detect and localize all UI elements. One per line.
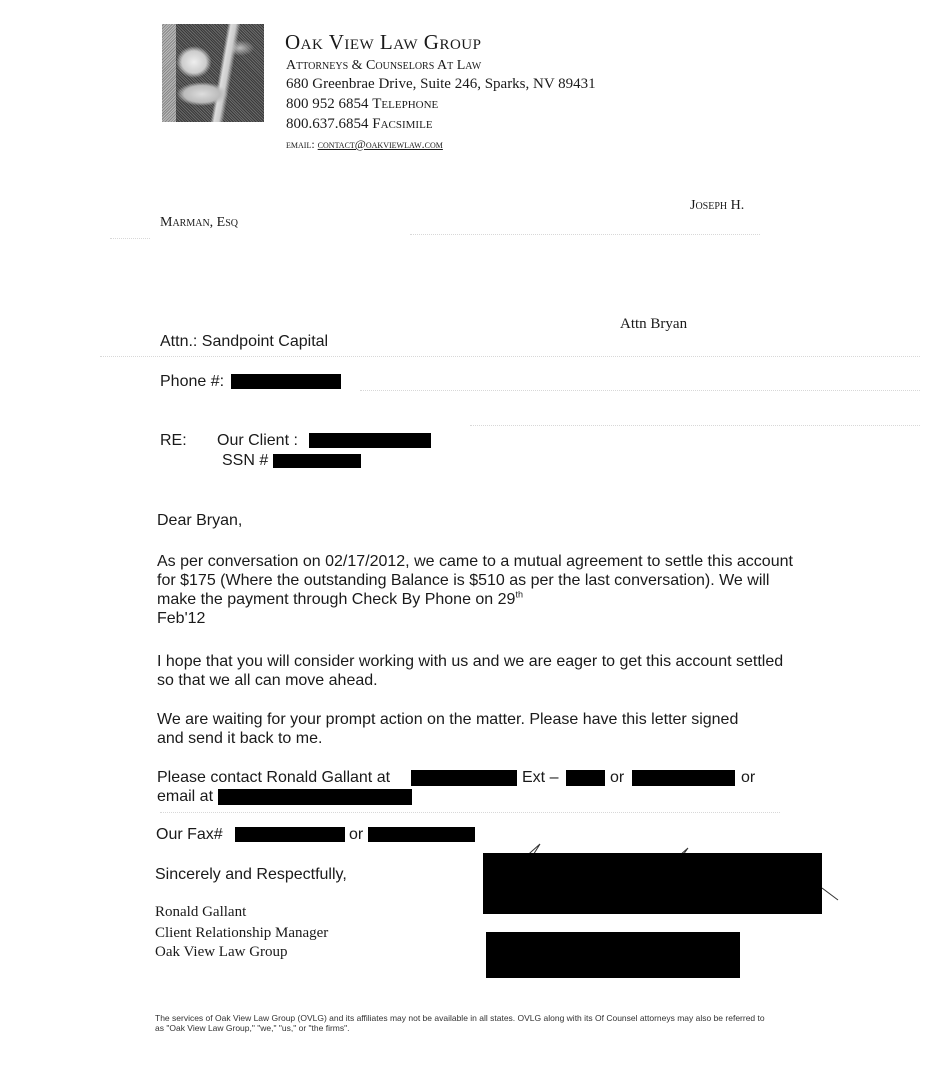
firm-fax: 800.637.6854 Facsimile [286,116,433,133]
scan-artifact [100,356,920,357]
signer-firm: Oak View Law Group [155,944,288,961]
contact-or: or [610,769,624,787]
firm-email: email: contact@oakviewlaw.com [286,137,443,152]
attn-company: Attn.: Sandpoint Capital [160,333,328,351]
scan-artifact [470,425,920,426]
redacted-signature-block [486,932,740,978]
redacted-fax-2 [368,827,475,842]
fax-or: or [349,826,363,844]
email-link[interactable]: contact@oakviewlaw.com [318,137,443,151]
scan-artifact [160,812,780,813]
fax-label: Facsimile [372,116,432,132]
greeting: Dear Bryan, [157,511,242,530]
signer-title: Client Relationship Manager [155,925,328,942]
scan-artifact [110,238,150,239]
fax-number: 800.637.6854 [286,116,369,132]
paragraph-settlement: As per conversation on 02/17/2012, we ca… [157,552,797,628]
firm-name: Oak View Law Group [285,30,481,55]
firm-logo-image [162,24,264,122]
attn-right: Attn Bryan [620,316,687,333]
re-label: RE: [160,432,187,450]
redacted-alt-phone [632,770,735,786]
redacted-client [309,433,431,448]
scan-artifact [410,234,760,235]
telephone-label: Telephone [372,96,438,112]
footer-disclaimer: The services of Oak View Law Group (OVLG… [155,1013,775,1033]
redacted-extension [566,770,605,786]
phone-label: Phone #: [160,373,224,391]
redacted-phone [231,374,341,389]
scan-artifact [360,390,920,391]
redacted-fax-1 [235,827,345,842]
telephone-number: 800 952 6854 [286,96,369,112]
ssn-label: SSN # [222,452,268,470]
redacted-contact-phone [411,770,517,786]
client-label: Our Client : [217,432,298,450]
firm-telephone: 800 952 6854 Telephone [286,96,438,113]
closing: Sincerely and Respectfully, [155,866,347,884]
paragraph-action: We are waiting for your prompt action on… [157,710,757,748]
attorney-last-name: Marman, Esq [160,215,238,231]
contact-prefix: Please contact Ronald Gallant at [157,769,390,787]
redacted-ssn [273,454,361,468]
redacted-signature [483,853,822,914]
contact-or-2: or [741,769,755,787]
paragraph-hope: I hope that you will consider working wi… [157,652,797,690]
firm-address: 680 Greenbrae Drive, Suite 246, Sparks, … [286,76,596,93]
redacted-email [218,789,412,805]
attorney-first-name: Joseph H. [690,198,744,214]
firm-tagline: Attorneys & Counselors At Law [286,58,481,74]
fax-label: Our Fax# [156,826,223,844]
signer-name: Ronald Gallant [155,904,246,921]
email-label: email: [286,137,315,151]
contact-ext-label: Ext – [522,769,558,787]
